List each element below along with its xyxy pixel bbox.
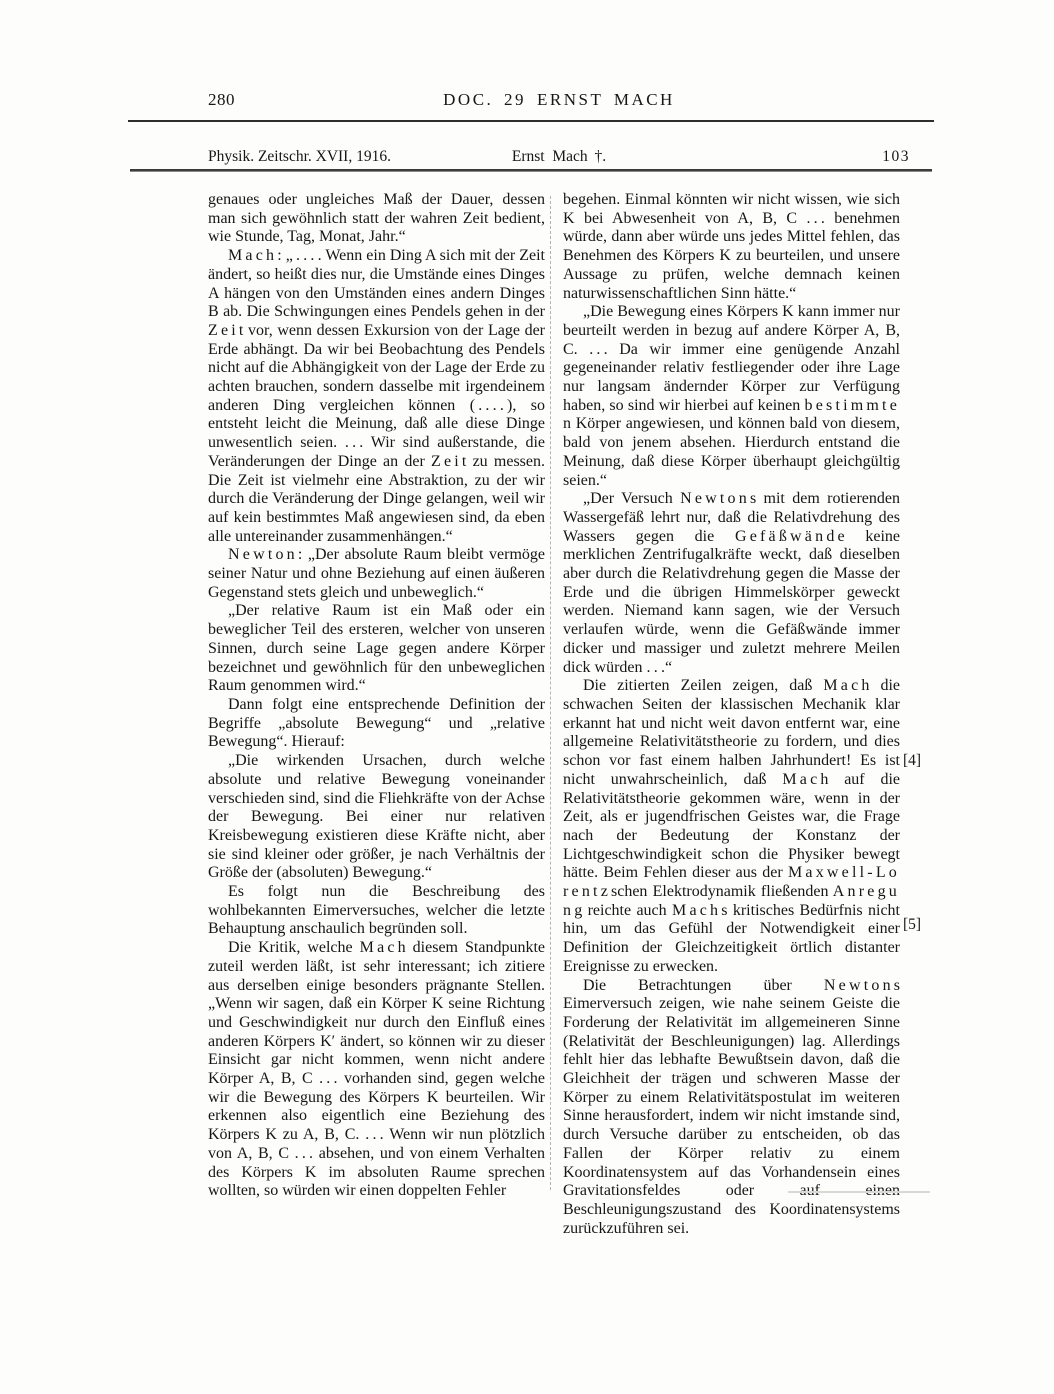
document-header-title: DOC. 29 ERNST MACH	[208, 90, 910, 110]
paragraph: genaues oder ungleiches Maß der Dauer, d…	[208, 191, 545, 247]
paragraph: begehen. Einmal könnten wir nicht wissen…	[563, 191, 900, 303]
text-column-right: begehen. Einmal könnten wir nicht wissen…	[563, 191, 900, 1238]
journal-page-number: 103	[882, 148, 910, 166]
paragraph: Die zitierten Zeilen zeigen, daß M a c h…	[563, 677, 900, 976]
paragraph: N e w t o n : „Der absolute Raum bleibt …	[208, 546, 545, 602]
scanned-book-page: 280 DOC. 29 ERNST MACH Physik. Zeitschr.…	[0, 0, 1054, 1394]
scan-artifact	[788, 1191, 930, 1193]
paragraph: Die Kritik, welche M a c h diesem Standp…	[208, 939, 545, 1201]
paragraph: Es folgt nun die Beschreibung des wohlbe…	[208, 883, 545, 939]
journal-header-rule	[130, 169, 932, 172]
paragraph: Die Betrachtungen über N e w t o n s Eim…	[563, 977, 900, 1239]
book-running-head: 280 DOC. 29 ERNST MACH	[208, 90, 910, 114]
paragraph: „Die Bewegung eines Körpers K kann immer…	[563, 303, 900, 490]
paragraph: M a c h : „ . . . . Wenn ein Ding A sich…	[208, 247, 545, 546]
journal-header: Physik. Zeitschr. XVII, 1916. Ernst Mach…	[208, 148, 910, 168]
header-rule	[128, 120, 934, 122]
article-title: Ernst Mach †.	[208, 148, 910, 166]
column-divider-rule	[550, 196, 551, 1190]
paragraph: Dann folgt eine entsprechende Definition…	[208, 696, 545, 752]
editorial-margin-note-5: [5]	[903, 916, 921, 934]
paragraph: „Der relative Raum ist ein Maß oder ein …	[208, 602, 545, 696]
paragraph: „Die wirkenden Ursachen, durch welche ab…	[208, 752, 545, 883]
text-column-left: genaues oder ungleiches Maß der Dauer, d…	[208, 191, 545, 1201]
paragraph: „Der Versuch N e w t o n s mit dem rotie…	[563, 490, 900, 677]
editorial-margin-note-4: [4]	[903, 752, 921, 770]
